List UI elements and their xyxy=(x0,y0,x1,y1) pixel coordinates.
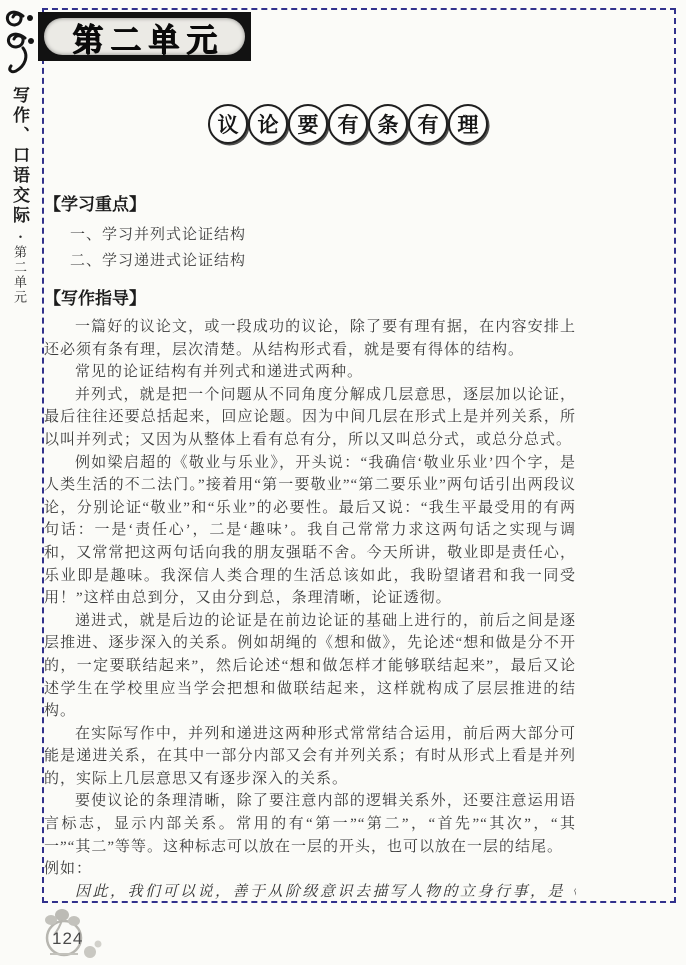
sidebar-vertical-caption: 写作、口语交际・第二单元 xyxy=(7,86,32,386)
guide-paragraph: 一篇好的议论文，或一段成功的议论，除了要有理有据，在内容安排上还必须有条有理，层… xyxy=(44,316,576,361)
unit-banner-label: 第二单元 xyxy=(65,14,224,60)
sidebar-caption-sub: ・第二单元 xyxy=(12,230,27,305)
scroll-ornament-icon xyxy=(3,8,39,81)
page-number: 124 xyxy=(52,929,83,949)
example-excerpt: 因此，我们可以说，善于从阶级意识去描写人物的立身行事，是《水 xyxy=(44,881,576,904)
unit-banner-pill: 第二单元 xyxy=(44,18,245,55)
sidebar-caption-main: 写作、口语交际 xyxy=(10,86,29,226)
title-circle-char: 议 xyxy=(208,104,248,144)
title-circle-char: 有 xyxy=(328,104,368,144)
writing-guide-heading: 【写作指导】 xyxy=(44,288,576,310)
textbook-page: 第二单元 写作、口语交际・第二单元 议 论 要 有 条 有 理 【学习重点】 一… xyxy=(0,0,686,965)
title-circle-char: 论 xyxy=(248,104,288,144)
title-circle-char: 要 xyxy=(288,104,328,144)
title-circle-char: 理 xyxy=(448,104,488,144)
guide-paragraph: 在实际写作中，并列和递进这两种形式常常结合运用，前后两大部分可能是递进关系，在其… xyxy=(44,723,576,791)
guide-paragraph: 并列式，就是把一个问题从不同角度分解成几层意思，逐层加以论证，最后往往还要总括起… xyxy=(44,384,576,452)
guide-paragraph: 递进式，就是后边的论证是在前边论证的基础上进行的，前后之间是逐层推进、逐步深入的… xyxy=(44,610,576,723)
study-point-item: 二、学习递进式论证结构 xyxy=(70,248,576,274)
guide-paragraph: 例如梁启超的《敬业与乐业》，开头说：“我确信‘敬业乐业’四个字，是人类生活的不二… xyxy=(44,452,576,610)
study-points-list: 一、学习并列式论证结构 二、学习递进式论证结构 xyxy=(70,222,576,274)
lesson-title: 议 论 要 有 条 有 理 xyxy=(208,104,488,144)
study-points-heading: 【学习重点】 xyxy=(44,194,576,216)
title-circle-char: 条 xyxy=(368,104,408,144)
unit-banner: 第二单元 xyxy=(38,12,251,61)
main-content: 【学习重点】 一、学习并列式论证结构 二、学习递进式论证结构 【写作指导】 一篇… xyxy=(44,194,576,903)
title-circle-char: 有 xyxy=(408,104,448,144)
study-point-item: 一、学习并列式论证结构 xyxy=(70,222,576,248)
guide-paragraph: 常见的论证结构有并列式和递进式两种。 xyxy=(44,361,576,384)
example-lead: 例如： xyxy=(44,858,576,881)
guide-paragraph: 要使议论的条理清晰，除了要注意内部的逻辑关系外，还要注意运用语言标志，显示内部关… xyxy=(44,790,576,858)
